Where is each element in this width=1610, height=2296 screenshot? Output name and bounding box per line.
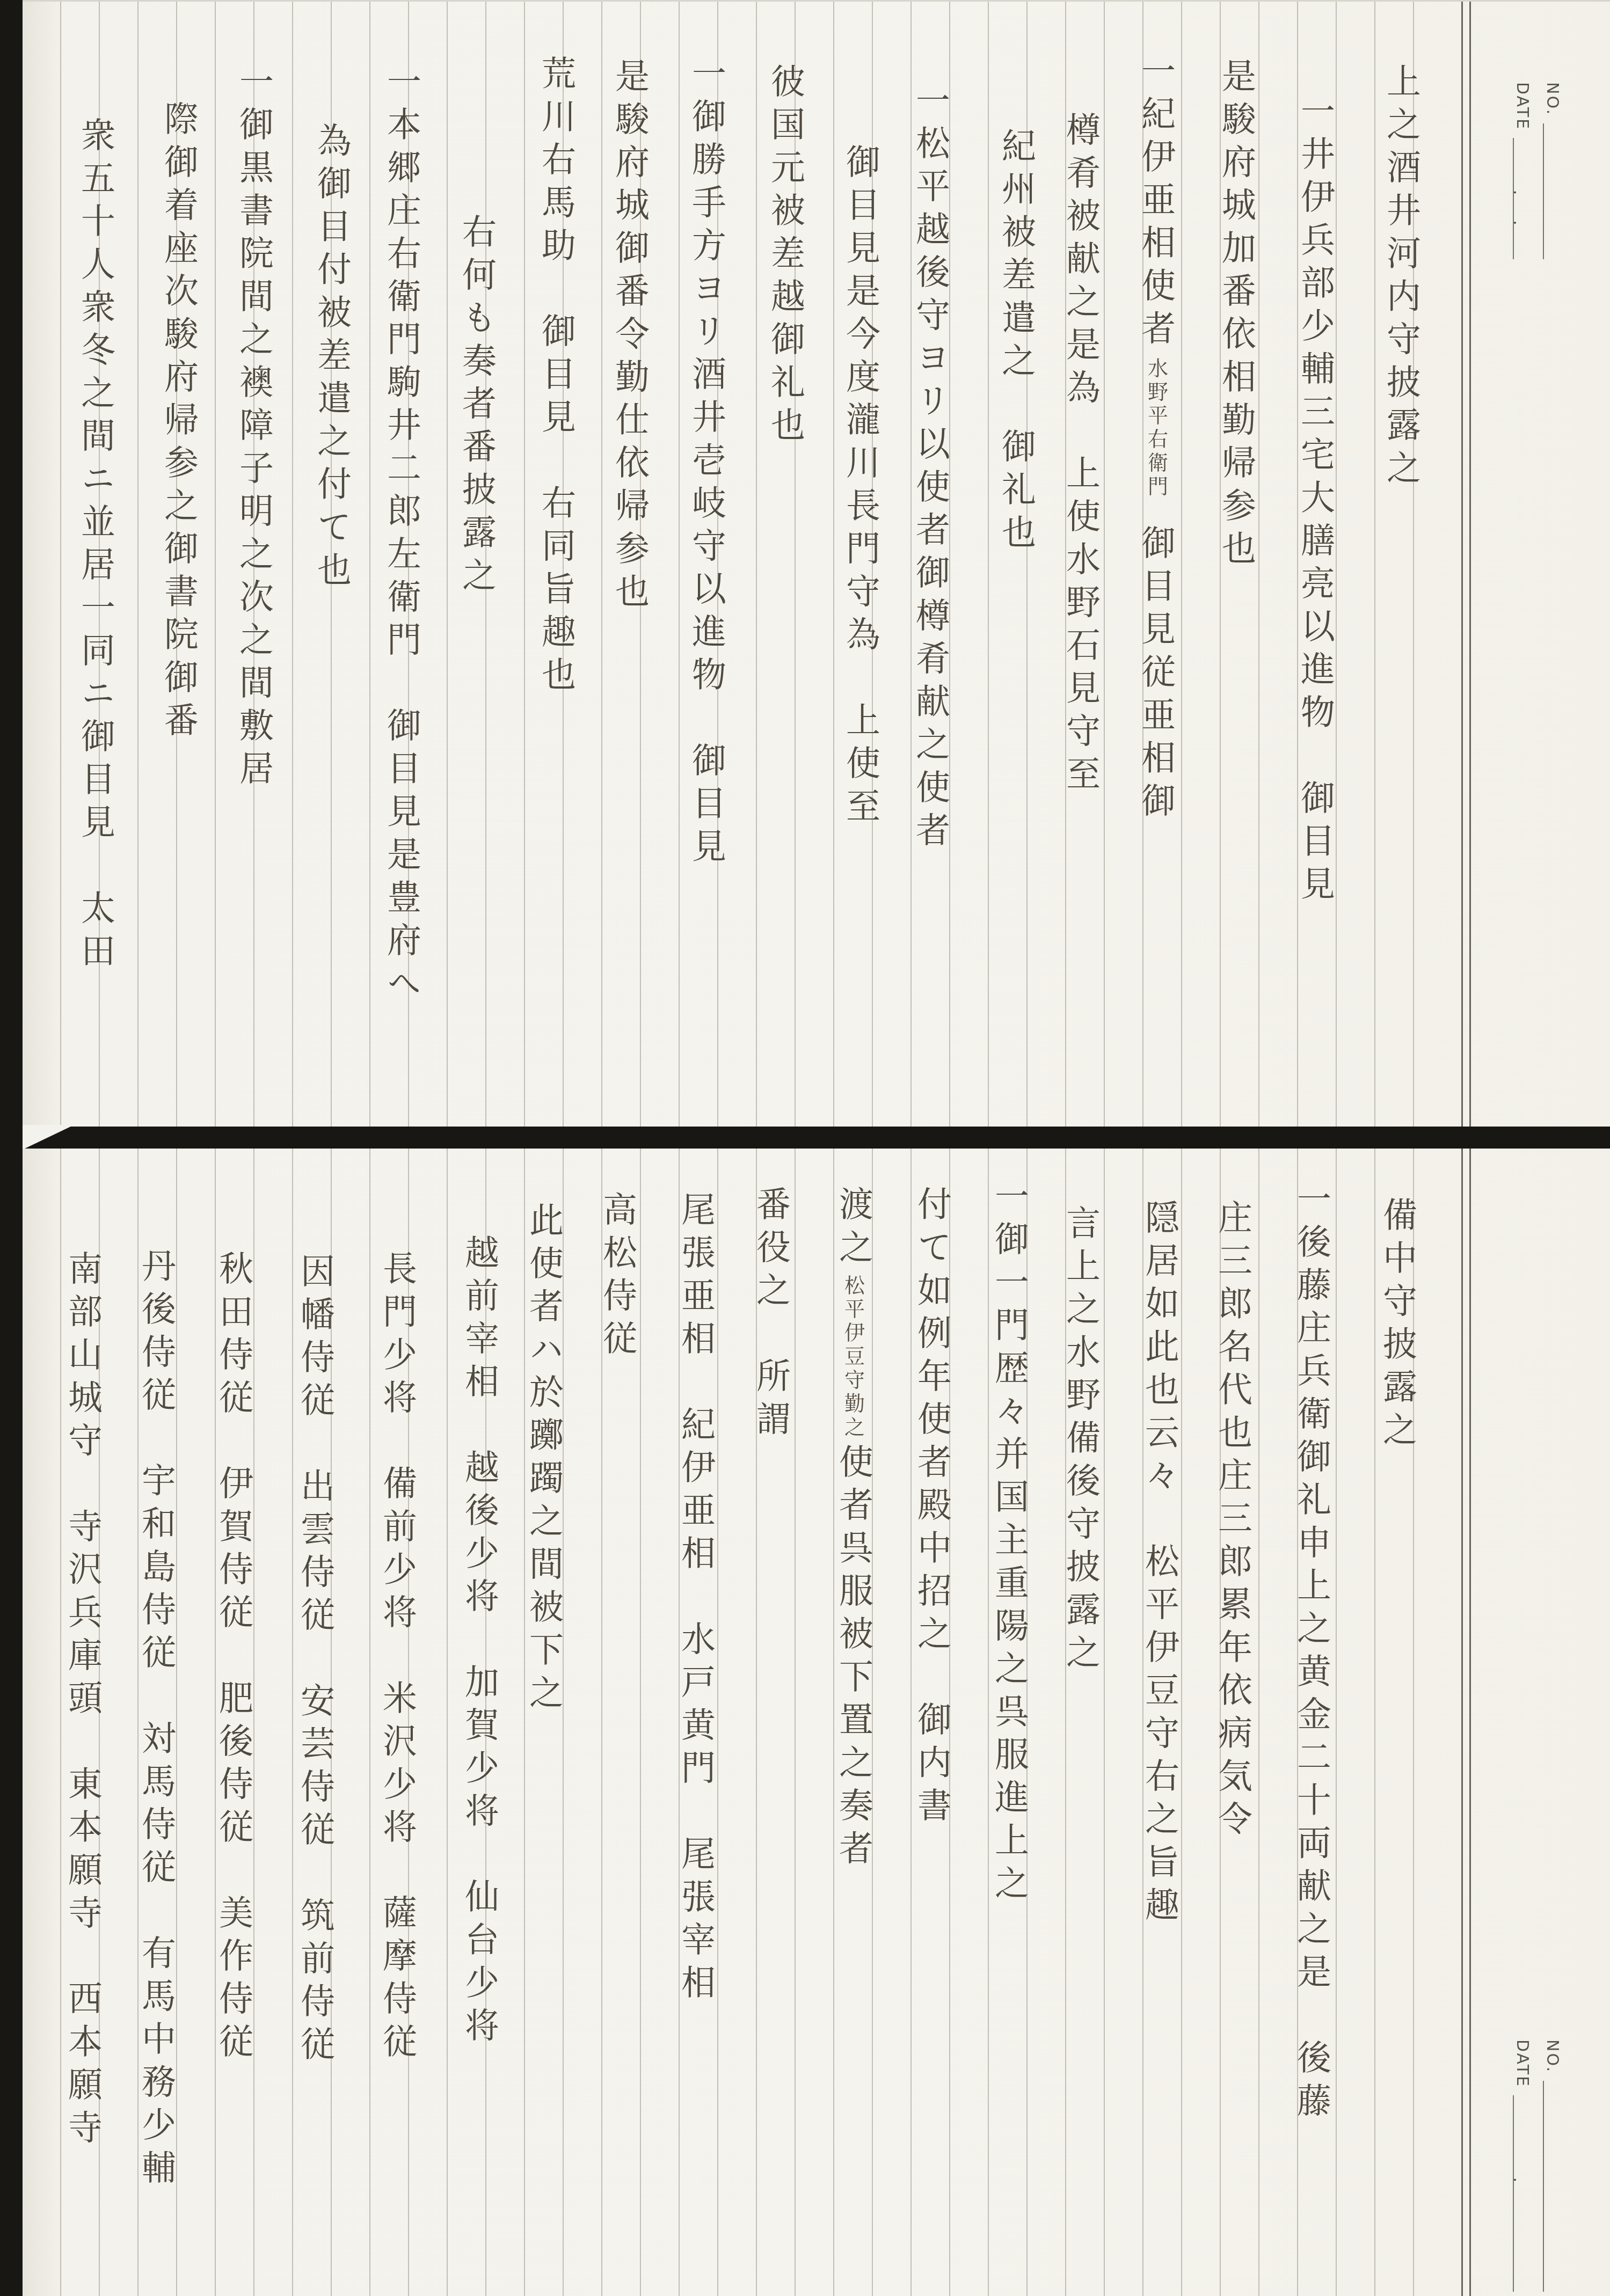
manuscript-text-column: 一御一門歴々并国主重陽之呉服進上之 <box>984 1178 1031 1908</box>
manuscript-text-column: 庄三郎名代也庄三郎累年依病気令 <box>1207 1200 1255 1844</box>
manuscript-text-column: 因幡侍従 出雲侍従 安芸侍従 筑前侍従 <box>290 1253 337 2069</box>
manuscript-text-column: 衆五十人衆冬之間ニ並居一同ニ御目見 太田 <box>70 117 118 976</box>
date-row: DATE ・・ <box>1513 82 1543 259</box>
no-row: NO. <box>1543 82 1573 259</box>
date-blank-line: ・ <box>1513 2095 1544 2292</box>
margin-double-line <box>1461 2 1471 1127</box>
manuscript-text-column: 彼国元被差越御礼也 <box>760 63 807 450</box>
manuscript-text-column: 一御黒書院間之襖障子明之次之間敷居 <box>229 63 276 793</box>
manuscript-text-column: 秋田侍従 伊賀侍従 肥後侍従 美作侍従 <box>208 1251 256 2066</box>
date-separator-dot: ・ <box>1507 217 1524 229</box>
manuscript-text-column: 此使者ハ於躑躅之間被下之 <box>519 1202 566 1717</box>
manuscript-text-column: 高松侍従 <box>592 1191 639 1363</box>
manuscript-text-column: 御目見是今度瀧川長門守為 上使至 <box>835 144 883 831</box>
manuscript-text-column: 一井伊兵部少輔三宅大膳亮以進物 御目見 <box>1290 93 1337 909</box>
manuscript-text-column: 荒川右馬助 御目見 右同旨趣也 <box>531 55 578 699</box>
page-2: NO. DATE ・ 備中守披露之一後藤庄兵衛御礼申上之黄金二十両献之是 後藤庄… <box>23 1149 1610 2296</box>
manuscript-text-column: 尾張亜相 紀伊亜相 水戸黄門 尾張宰相 <box>671 1191 718 2007</box>
manuscript-text-column: 樽肴被献之是為 上使水野石見守至 <box>1055 112 1103 799</box>
manuscript-text-column: 一後藤庄兵衛御礼申上之黄金二十両献之是 後藤 <box>1286 1181 1334 2125</box>
manuscript-text-column: 越前宰相 越後少将 加賀少将 仙台少将 <box>454 1234 501 2050</box>
date-separator-dot: ・ <box>1507 2174 1524 2185</box>
date-separator-dot: ・ <box>1507 186 1524 198</box>
manuscript-text-column: 南部山城守 寺沢兵庫頭 東本願寺 西本願寺 <box>57 1251 105 2152</box>
no-blank-line <box>1543 123 1574 259</box>
no-date-header: NO. DATE ・ <box>1513 2039 1573 2292</box>
manuscript-text-column: 備中守披露之 <box>1372 1197 1419 1454</box>
date-blank-line: ・・ <box>1513 138 1544 259</box>
date-row: DATE ・ <box>1513 2039 1543 2292</box>
manuscript-text-column: 付て如例年使者殿中招之 御内書 <box>907 1186 954 1830</box>
date-label: DATE <box>1513 82 1530 138</box>
manuscript-text-column: 上之酒井河内守披露之 <box>1376 63 1423 493</box>
manuscript-text-column: 番役之 所謂 <box>746 1186 793 1444</box>
no-blank-line <box>1543 2081 1574 2292</box>
no-label: NO. <box>1543 2039 1560 2081</box>
interlinear-note: 水野平右衛門 <box>1143 357 1168 499</box>
manuscript-text-column: 為御目付被差遣之付て也 <box>307 122 354 595</box>
manuscript-text-column: 際御着座次駿府帰参之御書院御番 <box>154 101 201 745</box>
no-date-header: NO. DATE ・・ <box>1513 82 1573 259</box>
manuscript-text-column: 右何も奏者番披露之 <box>451 214 499 600</box>
date-label: DATE <box>1513 2039 1530 2095</box>
manuscript-text-column: 一本郷庄右衛門駒井二郎左衛門 御目見是豊府へ <box>376 63 424 1008</box>
manuscript-text-column: 是駿府城御番令勤仕依帰参也 <box>604 58 652 616</box>
no-row: NO. <box>1543 2039 1573 2292</box>
manuscript-text-column: 言上之水野備後守披露之 <box>1055 1205 1103 1677</box>
manuscript-text-column: 丹後侍従 宇和島侍従 対馬侍従 有馬中務少輔 <box>131 1248 178 2192</box>
margin-double-line <box>1461 1149 1471 2296</box>
no-label: NO. <box>1543 82 1560 123</box>
page-corner-fold <box>23 1125 74 1150</box>
page-1: NO. DATE ・・ 上之酒井河内守披露之一井伊兵部少輔三宅大膳亮以進物 御目… <box>23 0 1610 1127</box>
manuscript-text-column: 長門少将 備前少将 米沢少将 薩摩侍従 <box>372 1251 419 2066</box>
manuscript-text-column: 隠居如此也云々 松平伊豆守右之旨趣 <box>1134 1200 1182 1929</box>
scanned-manuscript: { "header": { "no_label": "NO.", "date_l… <box>0 0 1610 2296</box>
manuscript-text-column: 一御勝手方ヨリ酒井壱岐守以進物 御目見 <box>681 55 728 871</box>
interlinear-note: 松平伊豆守勤之 <box>840 1275 865 1440</box>
manuscript-text-column: 紀州被差遣之 御礼也 <box>991 128 1038 557</box>
manuscript-text-column: 一松平越後守ヨリ以使者御樽肴献之使者 <box>905 82 952 855</box>
manuscript-text-column: 是駿府城加番依相勤帰参也 <box>1211 58 1258 573</box>
